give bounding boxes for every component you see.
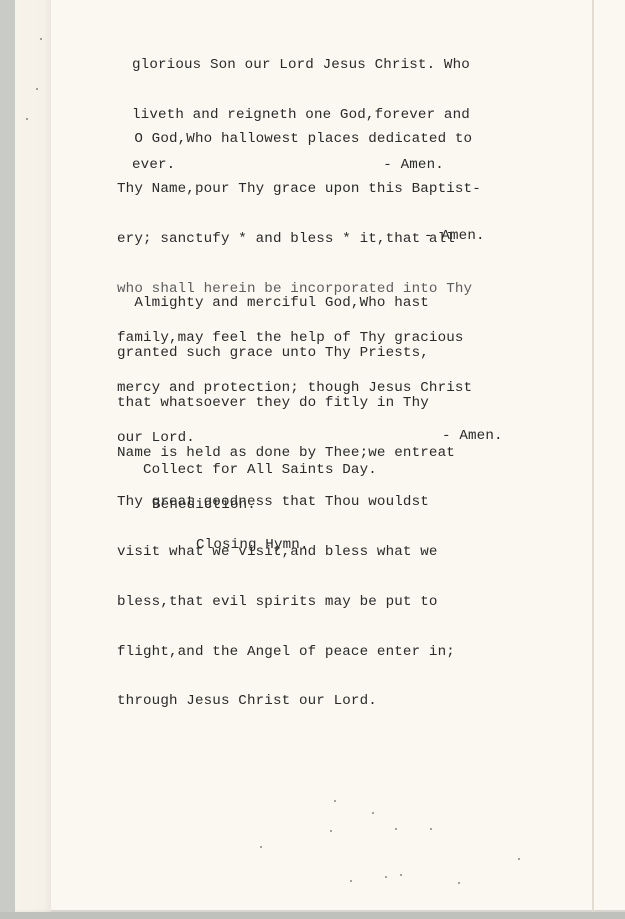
page-bottom-edge [0,912,625,919]
text-line: glorious Son our Lord Jesus Christ. Who [132,57,470,74]
text-line: Name is held as done by Thee;we entreat [117,445,455,462]
amen-3: - Amen. [442,428,503,445]
text-line: bless,that evil spirits may be put to [117,594,455,611]
text-line: that whatsoever they do fitly in Thy [117,395,455,412]
page-margin-fold [15,0,51,912]
rubric-collect: Collect for All Saints Day. [143,462,377,479]
rubric-benediction: Benediction. [152,497,256,514]
text-line: through Jesus Christ our Lord. [117,693,455,710]
text-line: Almighty and merciful God,Who hast [117,295,455,312]
text-line: flight,and the Angel of peace enter in; [117,644,455,661]
amen-2: - Amen. [424,228,485,245]
text-line: Thy Name,pour Thy grace upon this Baptis… [117,181,481,198]
priests-prayer: Almighty and merciful God,Who hast grant… [117,262,455,727]
text-line: granted such grace unto Thy Priests, [117,345,455,362]
text-line: O God,Who hallowest places dedicated to [117,131,481,148]
rubric-closing-hymn: Closing Hymn. [196,537,309,554]
page-crease [592,0,594,912]
